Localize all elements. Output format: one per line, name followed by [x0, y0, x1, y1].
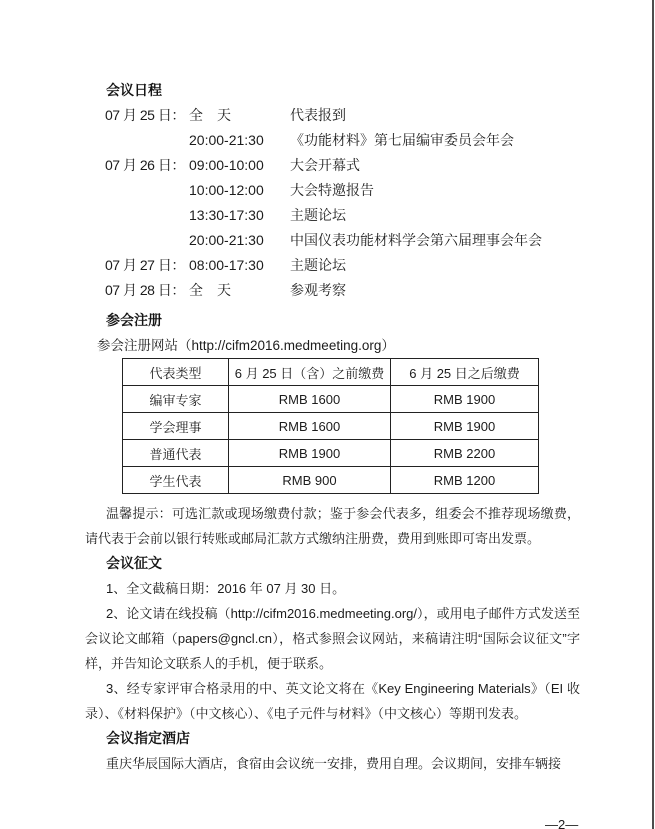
schedule-row: 07 月 27 日： 08:00-17:30 主题论坛 — [105, 253, 580, 278]
cfp-item-2: 2、论文请在线投稿（http://cifm2016.medmeeting.org… — [85, 601, 580, 676]
section-heading-call-for-papers: 会议征文 — [106, 551, 580, 576]
schedule-activity: 大会开幕式 — [290, 153, 580, 178]
fee-table-row: 学生代表 RMB 900 RMB 1200 — [123, 467, 539, 494]
schedule-time: 全 天 — [189, 278, 290, 303]
document-content: 会议日程 07 月 25 日： 全 天 代表报到 20:00-21:30 《功能… — [85, 78, 580, 776]
section-heading-schedule: 会议日程 — [106, 78, 580, 103]
schedule-activity: 主题论坛 — [290, 203, 580, 228]
fee-cell-type: 学会理事 — [123, 413, 229, 440]
schedule-date: 07 月 27 日： — [105, 253, 189, 278]
schedule-activity: 《功能材料》第七届编审委员会年会 — [290, 128, 580, 153]
schedule-time: 08:00-17:30 — [189, 253, 290, 278]
hotel-paragraph: 重庆华辰国际大酒店，食宿由会议统一安排，费用自理。会议期间，安排车辆接 — [85, 751, 580, 776]
schedule-date — [105, 178, 189, 203]
schedule-date — [105, 228, 189, 253]
schedule-date: 07 月 26 日： — [105, 153, 189, 178]
cfp-item-1: 1、全文截稿日期：2016 年 07 月 30 日。 — [85, 576, 580, 601]
fee-header-before: 6 月 25 日（含）之前缴费 — [229, 359, 391, 386]
schedule-time: 13:30-17:30 — [189, 203, 290, 228]
schedule-date — [105, 128, 189, 153]
fee-cell-type: 学生代表 — [123, 467, 229, 494]
schedule-row: 07 月 28 日： 全 天 参观考察 — [105, 278, 580, 303]
fee-cell-before: RMB 1600 — [229, 413, 391, 440]
schedule-time: 全 天 — [189, 103, 290, 128]
schedule-activity: 主题论坛 — [290, 253, 580, 278]
schedule-row: 13:30-17:30 主题论坛 — [105, 203, 580, 228]
cfp-item-3: 3、经专家评审合格录用的中、英文论文将在《Key Engineering Mat… — [85, 676, 580, 726]
schedule-date: 07 月 25 日： — [105, 103, 189, 128]
schedule-activity: 中国仪表功能材料学会第六届理事会年会 — [290, 228, 580, 253]
document-page: 会议日程 07 月 25 日： 全 天 代表报到 20:00-21:30 《功能… — [0, 0, 655, 829]
schedule-row: 07 月 26 日： 09:00-10:00 大会开幕式 — [105, 153, 580, 178]
schedule-row: 20:00-21:30 《功能材料》第七届编审委员会年会 — [105, 128, 580, 153]
fee-header-type: 代表类型 — [123, 359, 229, 386]
fee-table: 代表类型 6 月 25 日（含）之前缴费 6 月 25 日之后缴费 编审专家 R… — [122, 358, 539, 494]
fee-cell-before: RMB 900 — [229, 467, 391, 494]
fee-table-row: 普通代表 RMB 1900 RMB 2200 — [123, 440, 539, 467]
fee-table-header-row: 代表类型 6 月 25 日（含）之前缴费 6 月 25 日之后缴费 — [123, 359, 539, 386]
schedule-date: 07 月 28 日： — [105, 278, 189, 303]
schedule-time: 20:00-21:30 — [189, 128, 290, 153]
schedule-list: 07 月 25 日： 全 天 代表报到 20:00-21:30 《功能材料》第七… — [85, 103, 580, 303]
schedule-row: 20:00-21:30 中国仪表功能材料学会第六届理事会年会 — [105, 228, 580, 253]
fee-cell-type: 编审专家 — [123, 386, 229, 413]
schedule-row: 07 月 25 日： 全 天 代表报到 — [105, 103, 580, 128]
fee-table-row: 学会理事 RMB 1600 RMB 1900 — [123, 413, 539, 440]
schedule-time: 09:00-10:00 — [189, 153, 290, 178]
page-number: —2— — [545, 817, 578, 829]
schedule-activity: 大会特邀报告 — [290, 178, 580, 203]
schedule-time: 20:00-21:30 — [189, 228, 290, 253]
section-heading-hotel: 会议指定酒店 — [106, 726, 580, 751]
fee-cell-type: 普通代表 — [123, 440, 229, 467]
fee-header-after: 6 月 25 日之后缴费 — [391, 359, 539, 386]
fee-cell-before: RMB 1900 — [229, 440, 391, 467]
schedule-activity: 代表报到 — [290, 103, 580, 128]
fee-cell-after: RMB 2200 — [391, 440, 539, 467]
registration-note-paragraph: 温馨提示：可选汇款或现场缴费付款；鉴于参会代表多，组委会不推荐现场缴费，请代表于… — [85, 501, 580, 551]
schedule-time: 10:00-12:00 — [189, 178, 290, 203]
fee-cell-before: RMB 1600 — [229, 386, 391, 413]
registration-website-line: 参会注册网站（http://cifm2016.medmeeting.org） — [85, 333, 580, 358]
fee-cell-after: RMB 1900 — [391, 386, 539, 413]
schedule-row: 10:00-12:00 大会特邀报告 — [105, 178, 580, 203]
fee-cell-after: RMB 1200 — [391, 467, 539, 494]
section-heading-registration: 参会注册 — [106, 308, 580, 333]
page-edge-line — [652, 0, 654, 829]
schedule-activity: 参观考察 — [290, 278, 580, 303]
fee-cell-after: RMB 1900 — [391, 413, 539, 440]
schedule-date — [105, 203, 189, 228]
fee-table-row: 编审专家 RMB 1600 RMB 1900 — [123, 386, 539, 413]
